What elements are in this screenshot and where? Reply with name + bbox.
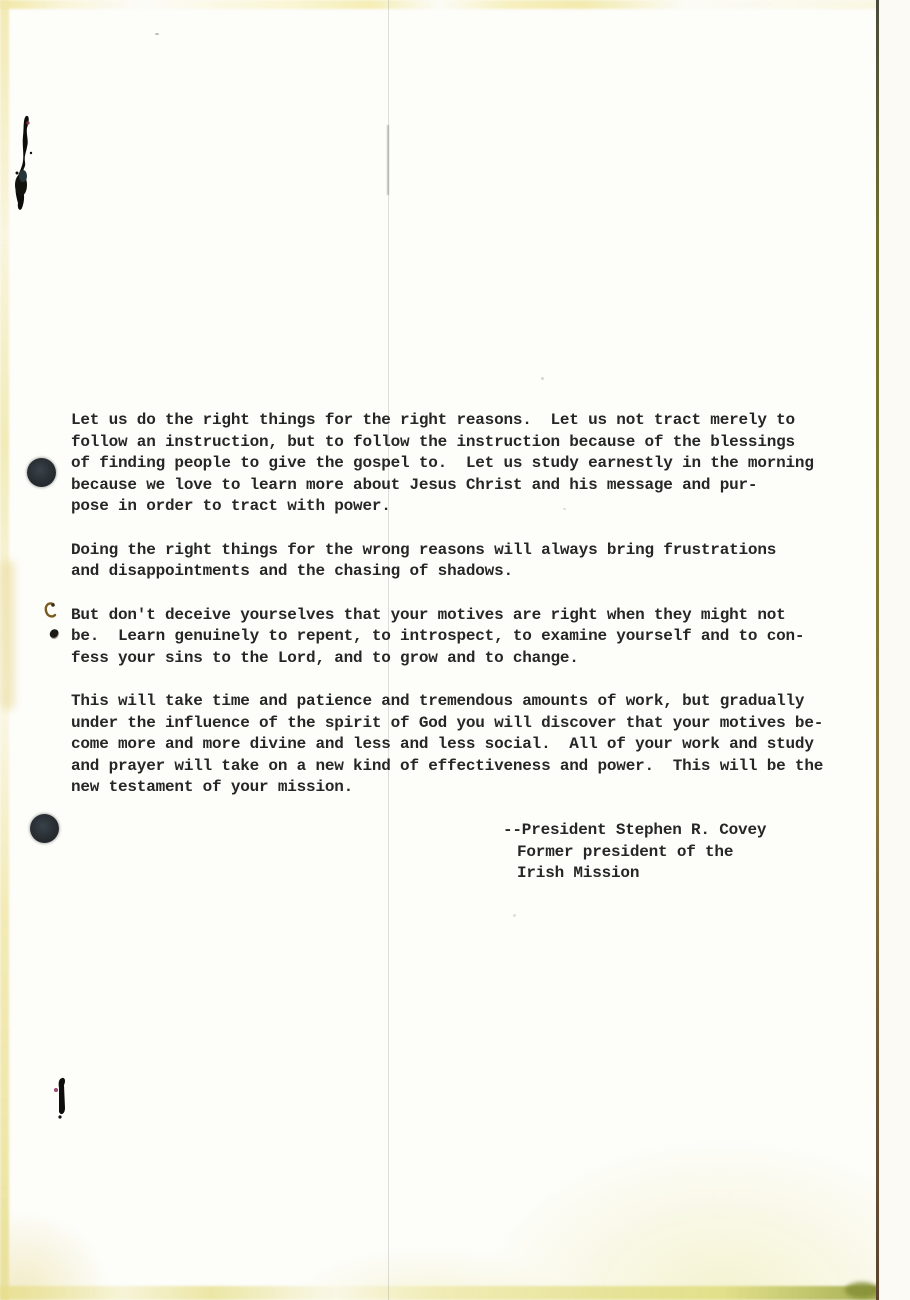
left-edge-tint-patch: [0, 560, 15, 710]
ink-blob-top-left: [10, 113, 42, 215]
text-line: new testament of your mission.: [71, 777, 891, 799]
signature-line-2: Former president of the: [503, 842, 766, 864]
ink-mark-bottom-left: [52, 1076, 72, 1122]
dust-speck: [513, 914, 516, 917]
document-body: Let us do the right things for the right…: [71, 410, 891, 821]
text-line: follow an instruction, but to follow the…: [71, 432, 891, 454]
small-ink-speck-dark: [49, 628, 60, 639]
text-line: and prayer will take on a new kind of ef…: [71, 756, 891, 778]
text-line: Doing the right things for the wrong rea…: [71, 540, 891, 562]
signature-block: --President Stephen R. Covey Former pres…: [503, 820, 766, 885]
text-line: fess your sins to the Lord, and to grow …: [71, 648, 891, 670]
text-line: pose in order to tract with power.: [71, 496, 891, 518]
hole-punch-bottom: [30, 814, 59, 843]
text-line: come more and more divine and less and l…: [71, 734, 891, 756]
bottom-edge-green-blotch: [845, 1282, 879, 1298]
hole-punch-top: [27, 458, 56, 487]
text-line: This will take time and patience and tre…: [71, 691, 891, 713]
dust-speck: [155, 33, 159, 35]
top-edge-tint: [0, 0, 880, 9]
vertical-fold-line-dark-segment: [387, 125, 389, 195]
dust-speck: [541, 377, 544, 380]
text-line: of finding people to give the gospel to.…: [71, 453, 891, 475]
paragraph-3: But don't deceive yourselves that your m…: [71, 605, 891, 670]
paragraph-2: Doing the right things for the wrong rea…: [71, 540, 891, 583]
paragraph-1: Let us do the right things for the right…: [71, 410, 891, 518]
scanned-document-page: Let us do the right things for the right…: [0, 0, 910, 1300]
signature-line-1: --President Stephen R. Covey: [503, 820, 766, 842]
paragraph-4: This will take time and patience and tre…: [71, 691, 891, 799]
small-ink-speck-c: [42, 600, 58, 622]
text-line: Let us do the right things for the right…: [71, 410, 891, 432]
text-line: under the influence of the spirit of God…: [71, 713, 891, 735]
text-line: because we love to learn more about Jesu…: [71, 475, 891, 497]
signature-line-3: Irish Mission: [503, 863, 766, 885]
text-line: But don't deceive yourselves that your m…: [71, 605, 891, 627]
text-line: and disappointments and the chasing of s…: [71, 561, 891, 583]
bottom-edge-tint: [0, 1286, 880, 1300]
text-line: be. Learn genuinely to repent, to intros…: [71, 626, 891, 648]
